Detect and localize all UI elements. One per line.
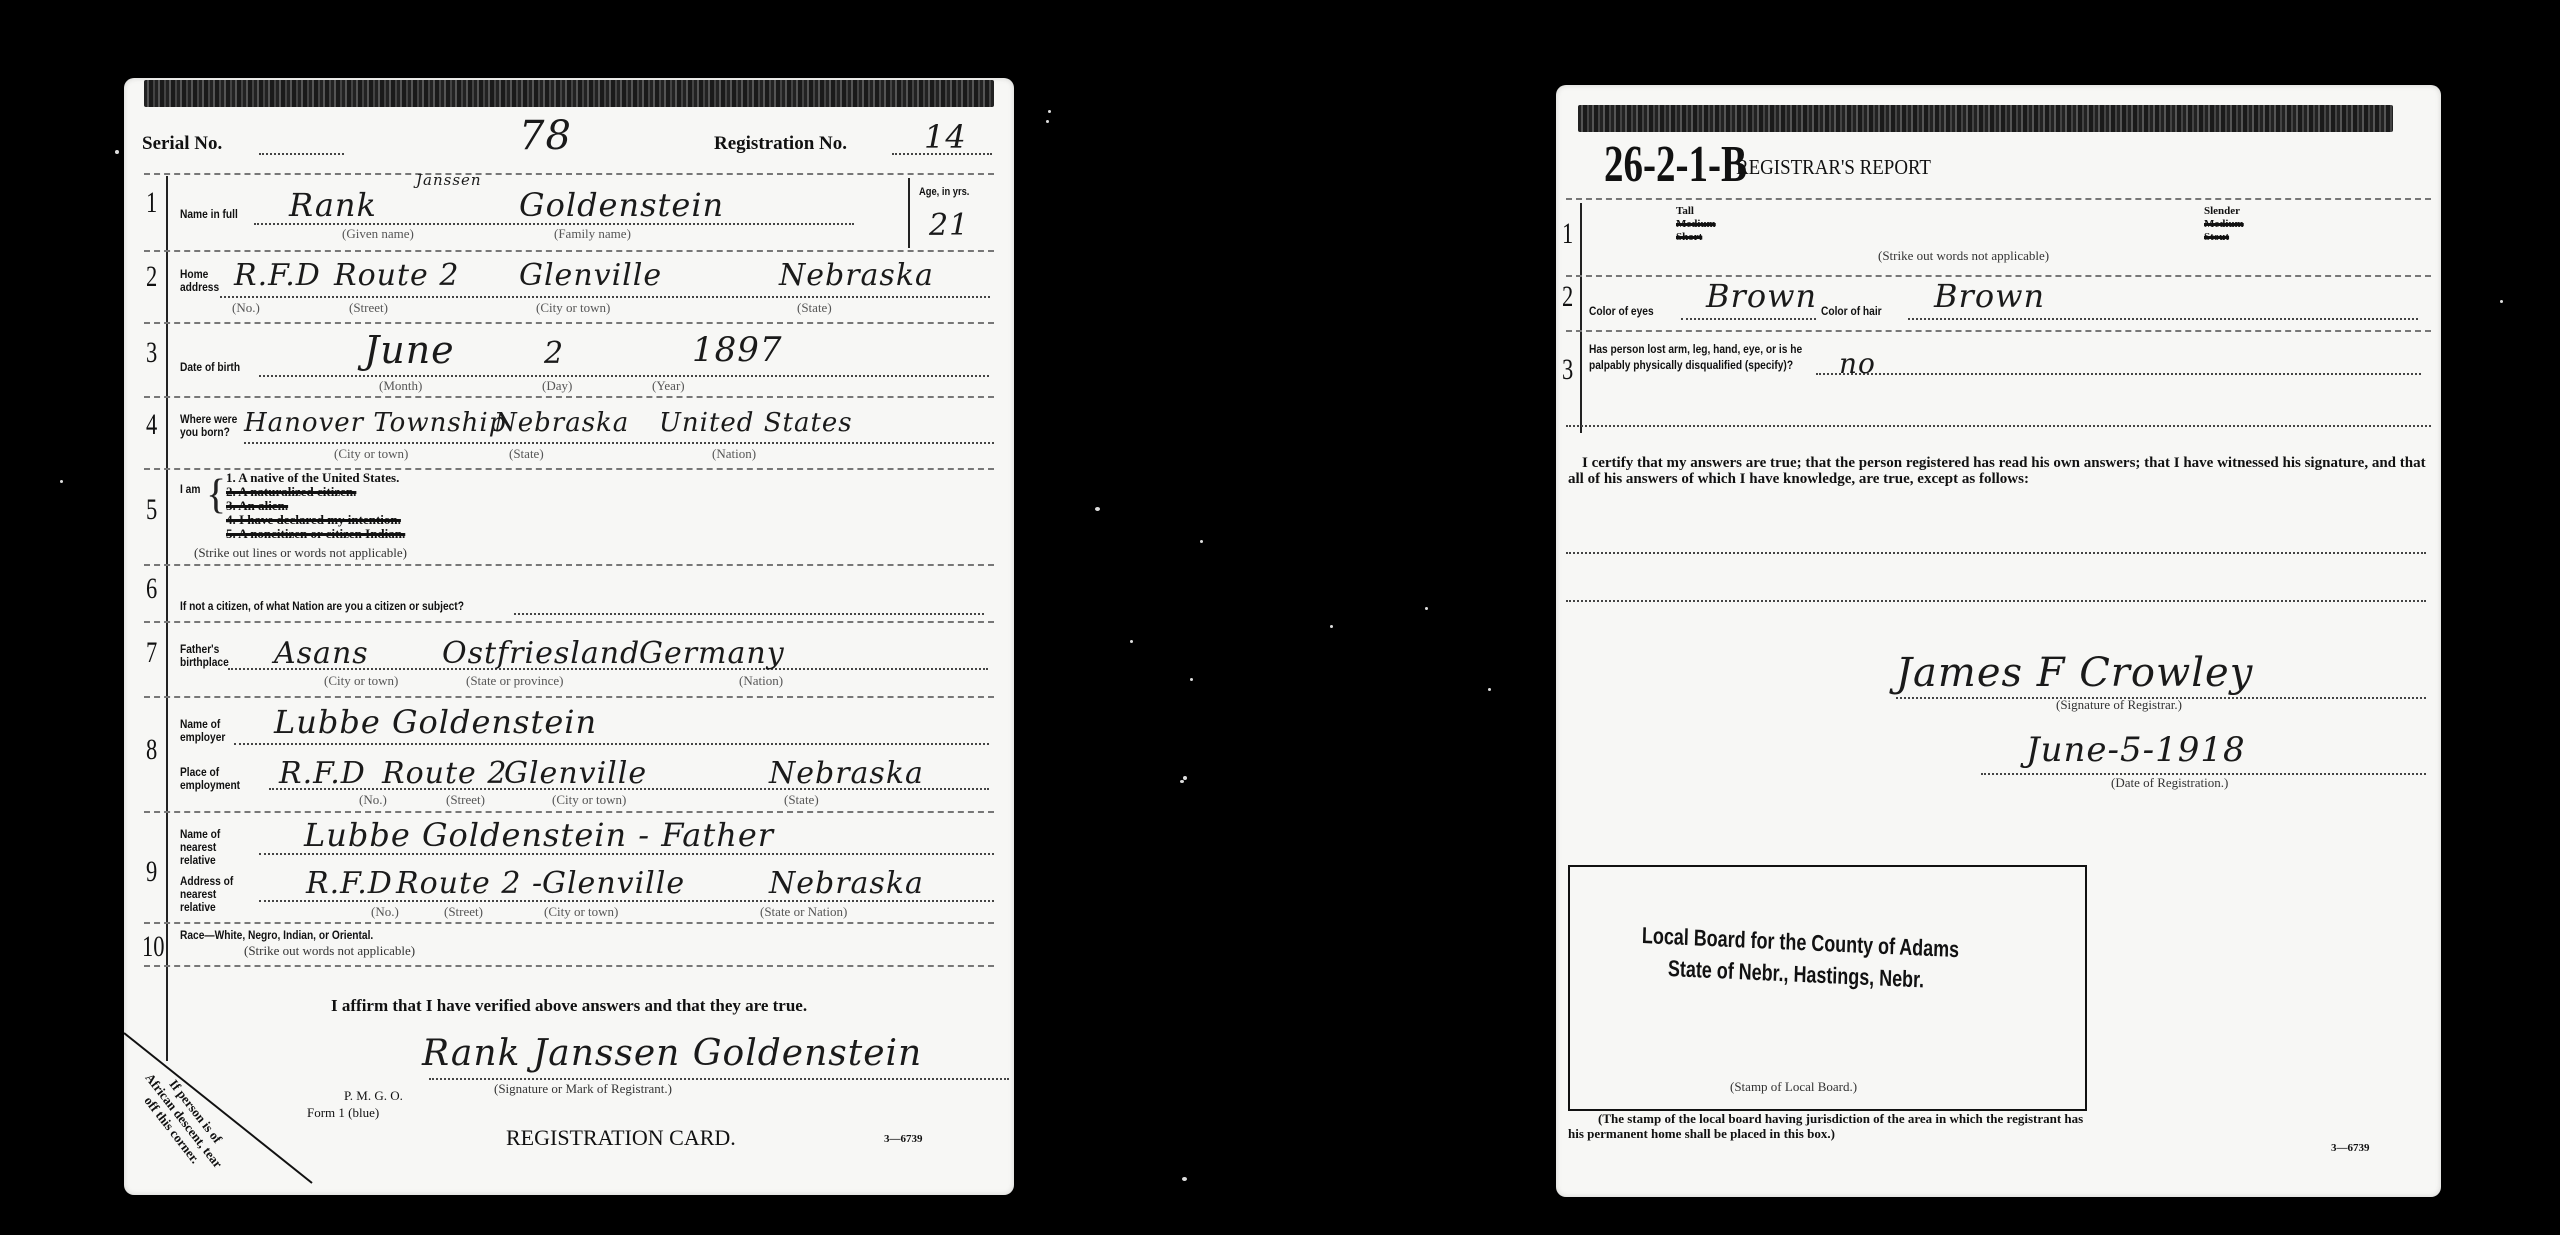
citizenship-option-5: 5. A noncitizen or citizen Indian. [226, 527, 405, 541]
nearest-relative-label: Name of nearest relative [180, 828, 248, 867]
row-number-5: 5 [146, 493, 157, 527]
affirm-statement: I affirm that I have verified above answ… [331, 996, 807, 1016]
row-number-10: 10 [142, 930, 165, 964]
card-header-bar [144, 80, 994, 107]
caption-no: (No.) [371, 904, 399, 920]
build-slender: Slender [2204, 205, 2244, 218]
employment-place-label: Place of employment [180, 766, 257, 792]
citizen-nation-label: If not a citizen, of what Nation are you… [180, 600, 464, 613]
father-birth-city: Asans [274, 636, 369, 671]
caption-province: (State or province) [466, 673, 563, 689]
caption-given-name: (Given name) [342, 226, 414, 242]
employment-state: Nebraska [769, 756, 924, 791]
height-short: Short [1676, 231, 1716, 244]
caption-month: (Month) [379, 378, 422, 394]
given-name: Rank [289, 186, 377, 224]
registration-date: June-5-1918 [2026, 730, 2246, 770]
eye-color-label: Color of eyes [1589, 305, 1654, 318]
name-label: Name in full [180, 208, 238, 221]
employment-city: Glenville [504, 756, 647, 791]
tear-off-corner: If person is of African descent, tear of… [124, 998, 314, 1188]
family-name: Goldenstein [519, 186, 724, 224]
registrant-signature: Rank Janssen Goldenstein [422, 1033, 922, 1074]
registration-label: Registration No. [714, 133, 847, 155]
caption-city: (City or town) [334, 446, 408, 462]
print-code: 3—6739 [884, 1133, 923, 1145]
caption-no: (No.) [359, 792, 387, 808]
caption-street: (Street) [444, 904, 483, 920]
caption-nation: (Nation) [712, 446, 756, 462]
father-birthplace-label: Father's birthplace [180, 643, 223, 669]
home-address-label: Home address [180, 268, 214, 294]
serial-value: 78 [519, 113, 572, 159]
employer-label: Name of employer [180, 718, 223, 744]
row-number-9: 9 [146, 855, 157, 889]
middle-name: Janssen [416, 171, 482, 189]
home-address-city: Glenville [519, 258, 662, 293]
row-number-3: 3 [1562, 353, 1573, 387]
row-number-6: 6 [146, 572, 157, 606]
birth-day: 2 [544, 336, 564, 371]
caption-family-name: (Family name) [554, 226, 631, 242]
birth-month: June [364, 328, 455, 372]
stamp-code: 26-2-1-B [1604, 135, 1747, 194]
serial-label: Serial No. [142, 133, 222, 155]
height-medium: Medium [1676, 218, 1716, 231]
caption-street: (Street) [446, 792, 485, 808]
caption-city: (City or town) [536, 300, 610, 316]
registration-date-caption: (Date of Registration.) [2111, 775, 2228, 791]
certify-statement: I certify that my answers are true; that… [1568, 455, 2428, 487]
stamp-note: (The stamp of the local board having jur… [1568, 1111, 2088, 1141]
disability-value: no [1839, 347, 1876, 380]
employment-no: R.F.D [279, 756, 366, 791]
i-am-label: I am [180, 483, 200, 496]
caption-year: (Year) [652, 378, 685, 394]
father-birth-nation: Germany [639, 636, 785, 671]
dob-label: Date of birth [180, 361, 240, 374]
signature-caption: (Signature or Mark of Registrant.) [494, 1081, 672, 1097]
form-id-line-2: Form 1 (blue) [307, 1105, 379, 1121]
caption-street: (Street) [349, 300, 388, 316]
relative-address-city: Glenville [542, 866, 685, 901]
row-number-2: 2 [146, 260, 157, 294]
row5-note: (Strike out lines or words not applicabl… [194, 545, 407, 561]
disability-label-2: palpably physically disqualified (specif… [1589, 359, 1793, 372]
caption-state: (State) [797, 300, 832, 316]
employment-street: Route 2 [382, 756, 507, 791]
home-address-street: Route 2 [334, 258, 459, 293]
nearest-relative-name: Lubbe Goldenstein - Father [304, 816, 774, 854]
card-title: REGISTRATION CARD. [506, 1125, 736, 1151]
citizenship-options: 1. A native of the United States. 2. A n… [226, 471, 405, 541]
brace: { [206, 474, 226, 516]
row-number-4: 4 [146, 408, 157, 442]
relative-address-state: Nebraska [769, 866, 924, 901]
local-board-stamp-box: Local Board for the County of Adams Stat… [1568, 865, 2087, 1111]
height-options: Tall Medium Short [1676, 205, 1716, 244]
relative-address-no: R.F.D [306, 866, 393, 901]
birthplace-nation: United States [659, 408, 853, 438]
stamp-caption: (Stamp of Local Board.) [1730, 1079, 1857, 1095]
caption-city: (City or town) [544, 904, 618, 920]
build-medium: Medium [2204, 218, 2244, 231]
height-tall: Tall [1676, 205, 1716, 218]
print-code: 3—6739 [2331, 1142, 2370, 1154]
row-number-3: 3 [146, 336, 157, 370]
citizenship-option-1: 1. A native of the United States. [226, 471, 405, 485]
race-note: (Strike out words not applicable) [244, 943, 415, 959]
row-number-1: 1 [146, 186, 157, 220]
registrar-report-card: 26-2-1-B REGISTRAR'S REPORT 1 Tall Mediu… [1556, 85, 2441, 1197]
caption-state: (State) [509, 446, 544, 462]
caption-nation: (Nation) [739, 673, 783, 689]
citizenship-option-3: 3. An alien. [226, 499, 405, 513]
birthplace-city: Hanover Township [244, 408, 506, 438]
citizenship-option-4: 4. I have declared my intention. [226, 513, 405, 527]
home-address-no: R.F.D [234, 258, 321, 293]
build-stout: Stout [2204, 231, 2244, 244]
caption-state: (State or Nation) [760, 904, 847, 920]
caption-state: (State) [784, 792, 819, 808]
registrar-signature-caption: (Signature of Registrar.) [2056, 697, 2182, 713]
age-label: Age, in yrs. [919, 186, 969, 199]
birthplace-state: Nebraska [494, 408, 629, 438]
race-label: Race—White, Negro, Indian, or Oriental. [180, 929, 373, 942]
form-id-line-1: P. M. G. O. [344, 1088, 403, 1104]
caption-no: (No.) [232, 300, 260, 316]
age-value: 21 [929, 208, 969, 243]
home-address-state: Nebraska [779, 258, 934, 293]
relative-address-street: Route 2 - [396, 866, 543, 901]
caption-day: (Day) [542, 378, 572, 394]
row-number-2: 2 [1562, 280, 1573, 314]
report-title: REGISTRAR'S REPORT [1736, 155, 1931, 180]
registration-card: Serial No. 78 Registration No. 14 1 Name… [124, 78, 1014, 1195]
registration-value: 14 [924, 118, 967, 156]
row1-note: (Strike out words not applicable) [1878, 248, 2049, 264]
employer-name: Lubbe Goldenstein [274, 703, 597, 741]
row-number-7: 7 [146, 636, 157, 670]
registrar-signature: James F Crowley [1896, 650, 2253, 696]
birth-year: 1897 [692, 330, 783, 370]
hair-color-value: Brown [1934, 277, 2045, 315]
card-header-bar [1578, 105, 2393, 132]
build-options: Slender Medium Stout [2204, 205, 2244, 244]
row-number-1: 1 [1562, 217, 1573, 251]
caption-city: (City or town) [324, 673, 398, 689]
eye-color-value: Brown [1706, 277, 1817, 315]
caption-city: (City or town) [552, 792, 626, 808]
father-birth-province: Ostfriesland [442, 636, 640, 671]
hair-color-label: Color of hair [1821, 305, 1882, 318]
citizenship-option-2: 2. A naturalized citizen. [226, 485, 405, 499]
stamp-line-2: State of Nebr., Hastings, Nebr. [1668, 955, 1925, 993]
birthplace-label: Where were you born? [180, 413, 240, 439]
relative-address-label: Address of nearest relative [180, 875, 248, 914]
disability-label-1: Has person lost arm, leg, hand, eye, or … [1589, 343, 1802, 356]
row-number-8: 8 [146, 733, 157, 767]
